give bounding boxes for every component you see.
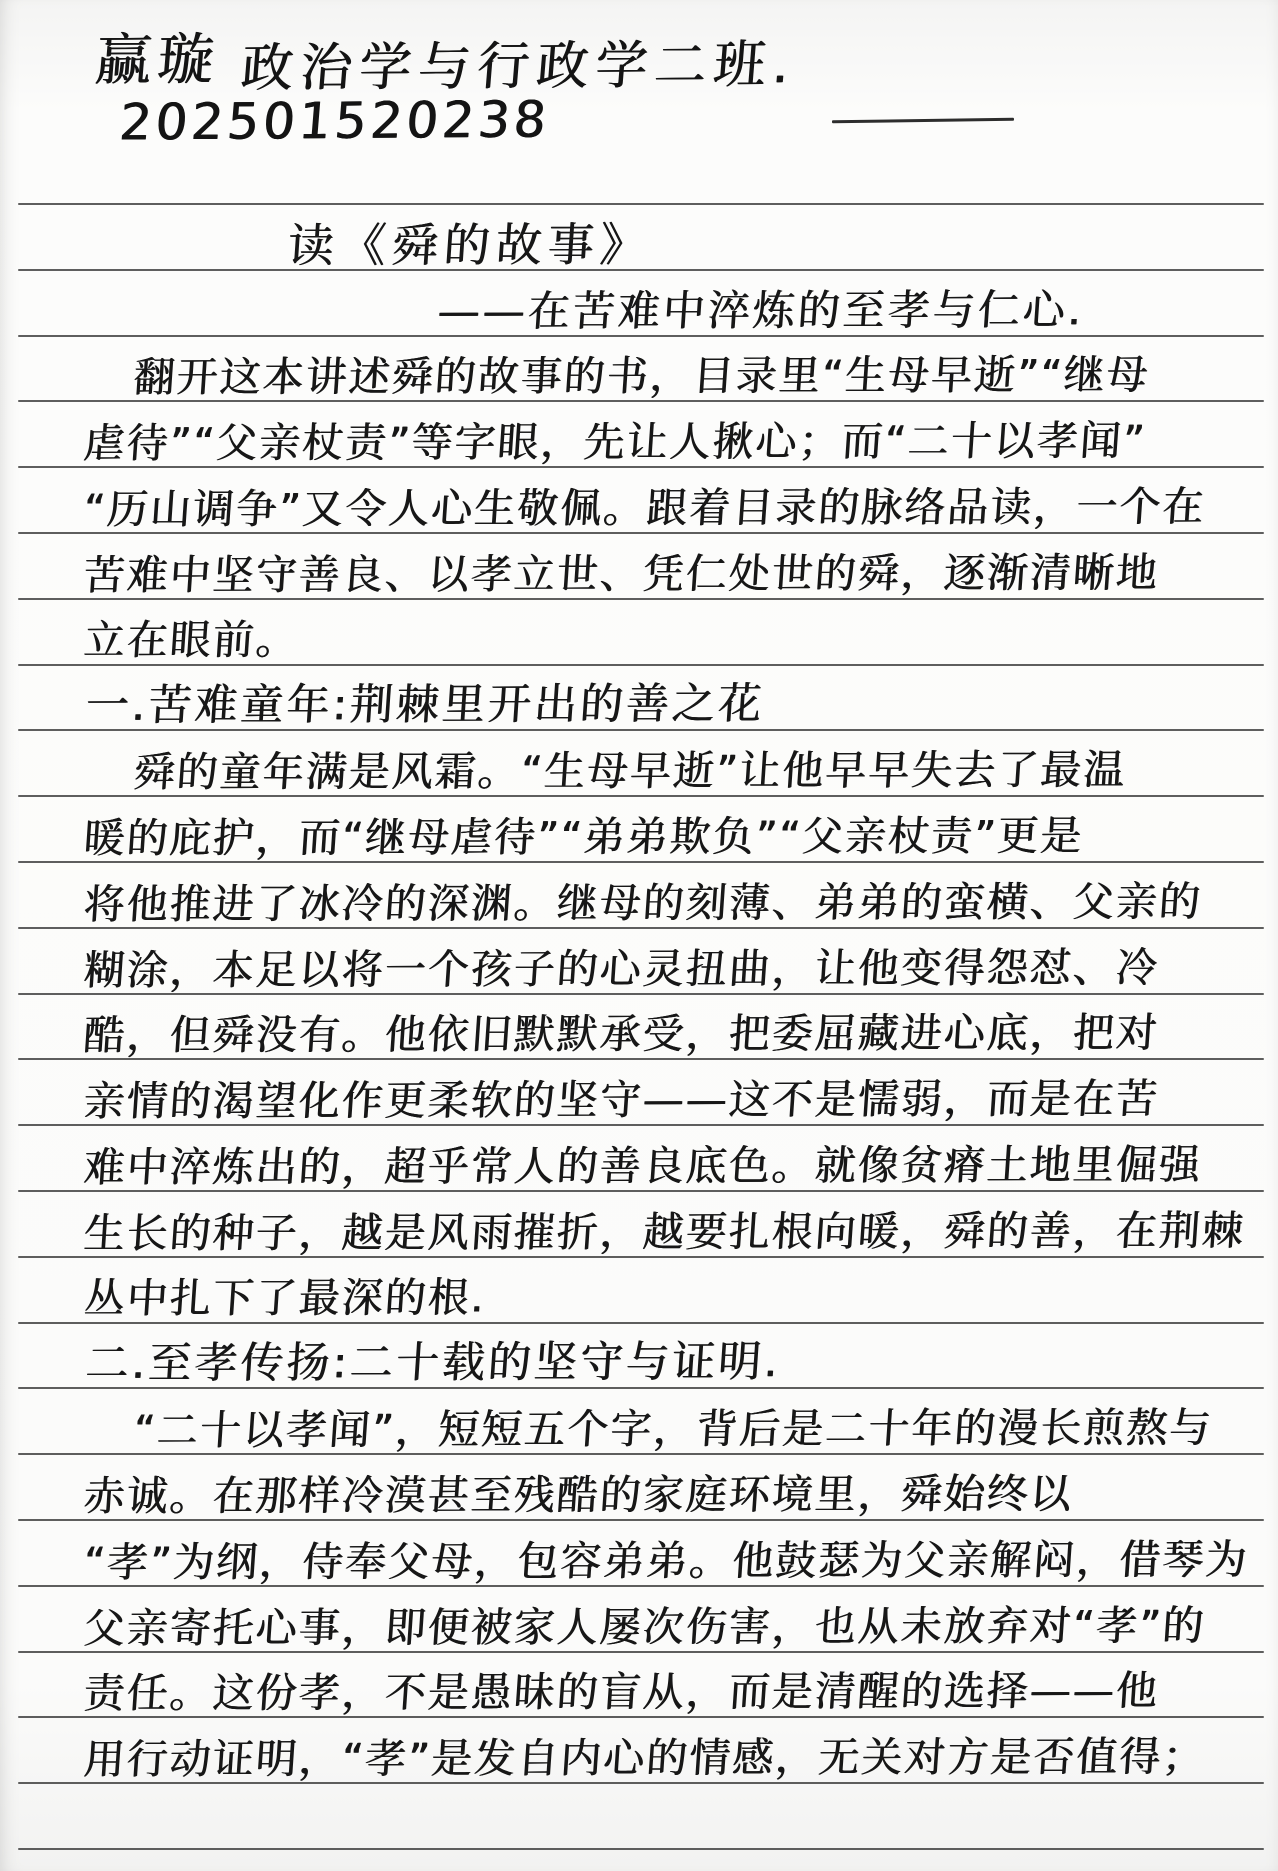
handwritten-line: 读《舜的故事》 <box>286 218 654 271</box>
handwritten-line: 暖的庇护，而“继母虐待”“弟弟欺负”“父亲杖责”更是 <box>82 810 1085 865</box>
student-name: 赢璇 <box>93 16 224 97</box>
ruled-line <box>18 1848 1264 1850</box>
handwritten-line: 翻开这本讲述舜的故事的书，目录里“生母早逝”“继母 <box>132 349 1151 404</box>
top-right-line <box>832 118 1014 124</box>
handwritten-line: 丛中扎下了最深的根. <box>82 1271 488 1324</box>
handwritten-line: 虐待”“父亲杖责”等字眼，先让人揪心；而“二十以孝闻” <box>82 415 1148 470</box>
handwritten-line: “二十以孝闻”，短短五个字，背后是二十年的漫长煎熬与 <box>132 1402 1214 1457</box>
handwritten-line: 生长的种子，越是风雨摧折，越要扎根向暖，舜的善，在荆棘 <box>82 1204 1247 1259</box>
handwritten-line: 难中淬炼出的，超乎常人的善良底色。就像贫瘠土地里倔强 <box>82 1139 1204 1194</box>
handwritten-line: 酷，但舜没有。他依旧默默承受，把委屈藏进心底，把对 <box>82 1007 1161 1062</box>
handwritten-line: 舜的童年满是风霜。“生母早逝”让他早早失去了最温 <box>132 744 1128 799</box>
handwritten-line: 亲情的渴望化作更柔软的坚守——这不是懦弱，而是在苦 <box>82 1073 1161 1128</box>
ruled-line <box>18 203 1264 205</box>
handwritten-line: 二.至孝传扬:二十载的坚守与证明. <box>84 1336 782 1390</box>
handwritten-line: ——在苦难中淬炼的至孝与仁心. <box>436 284 1086 338</box>
handwritten-line: 责任。这份孝，不是愚昧的盲从，而是清醒的选择——他 <box>82 1665 1161 1720</box>
class-name: 政治学与行政学二班. <box>239 22 800 101</box>
student-id: 202501520238 <box>118 91 553 152</box>
handwritten-line: “历山调争”又令人心生敬佩。跟着目录的脉络品读，一个在 <box>82 481 1207 536</box>
handwritten-line: 立在眼前。 <box>82 613 301 666</box>
handwritten-line: 一.苦难童年:荆棘里开出的善之花 <box>84 679 766 733</box>
notebook-page: 赢璇 政治学与行政学二班. 202501520238 读《舜的故事》——在苦难中… <box>0 0 1278 1871</box>
handwritten-line: 将他推进了冰冷的深渊。继母的刻薄、弟弟的蛮横、父亲的 <box>82 875 1204 930</box>
handwritten-line: 父亲寄托心事，即便被家人屡次伤害，也从未放弃对“孝”的 <box>82 1599 1207 1654</box>
handwritten-line: 苦难中坚守善良、以孝立世、凭仁处世的舜，逐渐清晰地 <box>82 546 1161 601</box>
handwritten-line: 赤诚。在那样冷漠甚至残酷的家庭环境里，舜始终以 <box>82 1468 1075 1523</box>
handwritten-line: 用行动证明，“孝”是发自内心的情感，无关对方是否值得； <box>82 1731 1207 1786</box>
handwritten-line: “孝”为纲，侍奉父母，包容弟弟。他鼓瑟为父亲解闷，借琴为 <box>82 1533 1250 1588</box>
handwritten-line: 糊涂，本足以将一个孩子的心灵扭曲，让他变得怨怼、冷 <box>82 941 1161 996</box>
